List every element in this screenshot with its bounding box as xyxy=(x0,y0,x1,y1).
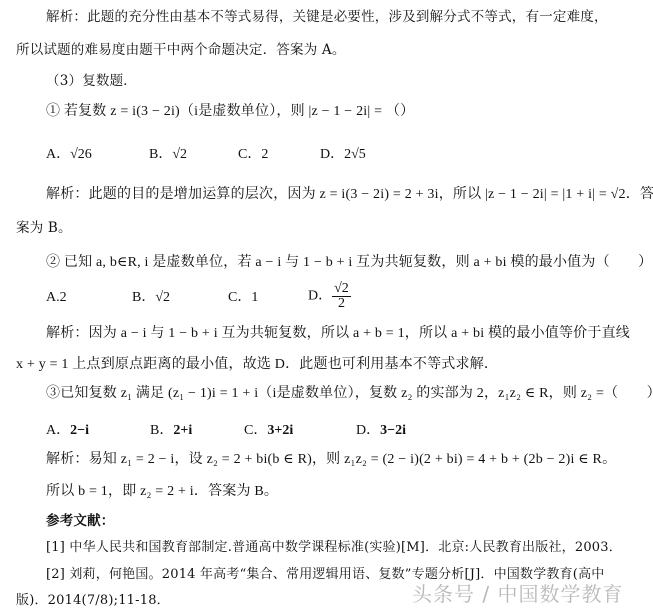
option-label: D． xyxy=(308,289,332,304)
question-2-analysis: 解析：因为 a − i 与 1 − b + i 互为共轭复数，所以 a + b … xyxy=(46,325,630,343)
option-value: √2 xyxy=(155,290,170,305)
option-label: C． xyxy=(244,423,267,438)
option-c: C．3+2i xyxy=(244,422,293,440)
option-b: B．√2 xyxy=(149,146,187,164)
option-label: D． xyxy=(356,423,380,438)
option-label: C． xyxy=(238,147,261,162)
option-value: 2 xyxy=(60,290,67,305)
references-heading: 参考文献： xyxy=(46,512,115,530)
option-value: √26 xyxy=(70,147,92,162)
reference-item-cont: 版)．2014(7/8);11-18． xyxy=(16,592,170,610)
option-value: 2√5 xyxy=(344,147,366,162)
option-d: D．3−2i xyxy=(356,422,406,440)
option-value: √2 xyxy=(172,147,187,162)
option-b: B．2+i xyxy=(150,422,192,440)
watermark: 头条号 / 中国数学教育 xyxy=(412,578,623,607)
question-2-stem: ② 已知 a, b∈R, i 是虚数单位，若 a − i 与 1 − b + i… xyxy=(46,254,652,272)
fraction-numerator: √2 xyxy=(332,282,351,297)
option-label: A． xyxy=(46,147,70,162)
option-label: A. xyxy=(46,290,60,305)
analysis-paragraph-line: 解析：此题的充分性由基本不等式易得，关键是必要性，涉及到解分式不等式，有一定难度… xyxy=(46,8,608,26)
option-a: A.2 xyxy=(46,289,67,307)
question-3-analysis-cont: 所以 b = 1，即 z₂ = 2 + i．答案为 B。 xyxy=(46,483,278,501)
option-d: D．√22 xyxy=(308,282,351,311)
option-label: C． xyxy=(228,290,251,305)
question-1-analysis-cont: 案为 B。 xyxy=(16,219,72,237)
option-value: 2+i xyxy=(173,423,192,438)
option-label: B． xyxy=(150,423,173,438)
option-value: 3+2i xyxy=(267,423,293,438)
option-c: C．2 xyxy=(238,146,268,164)
section-heading: （3）复数题． xyxy=(46,72,137,90)
option-a: A．2−i xyxy=(46,422,89,440)
option-b: B．√2 xyxy=(132,289,170,307)
question-1-analysis: 解析：此题的目的是增加运算的层次，因为 z = i(3 − 2i) = 2 + … xyxy=(46,186,653,204)
question-3-stem: ③已知复数 z₁ 满足 (z₁ − 1)i = 1 + i（i是虚数单位），复数… xyxy=(46,385,653,403)
option-label: A． xyxy=(46,423,70,438)
question-1-stem: ① 若复数 z = i(3 − 2i)（i是虚数单位），则 |z − 1 − 2… xyxy=(46,103,414,121)
fraction: √22 xyxy=(332,282,351,311)
analysis-paragraph-line: 所以试题的难易度由题干中两个命题决定．答案为 A。 xyxy=(16,41,346,59)
reference-item: [1] 中华人民共和国教育部制定.普通高中数学课程标准(实验)[M]．北京:人民… xyxy=(46,539,622,557)
option-d: D．2√5 xyxy=(320,146,366,164)
option-value: 2−i xyxy=(70,423,89,438)
option-a: A．√26 xyxy=(46,146,92,164)
option-label: B． xyxy=(132,290,155,305)
fraction-denominator: 2 xyxy=(332,297,351,311)
option-value: 2 xyxy=(261,147,268,162)
option-label: D． xyxy=(320,147,344,162)
question-3-analysis: 解析：易知 z₁ = 2 − i，设 z₂ = 2 + bi(b ∈ R)，则 … xyxy=(46,451,616,469)
option-label: B． xyxy=(149,147,172,162)
option-c: C．1 xyxy=(228,289,258,307)
option-value: 3−2i xyxy=(380,423,406,438)
question-2-analysis-cont: x + y = 1 上点到原点距离的最小值，故选 D．此题也可利用基本不等式求解… xyxy=(16,356,498,374)
option-value: 1 xyxy=(251,290,258,305)
